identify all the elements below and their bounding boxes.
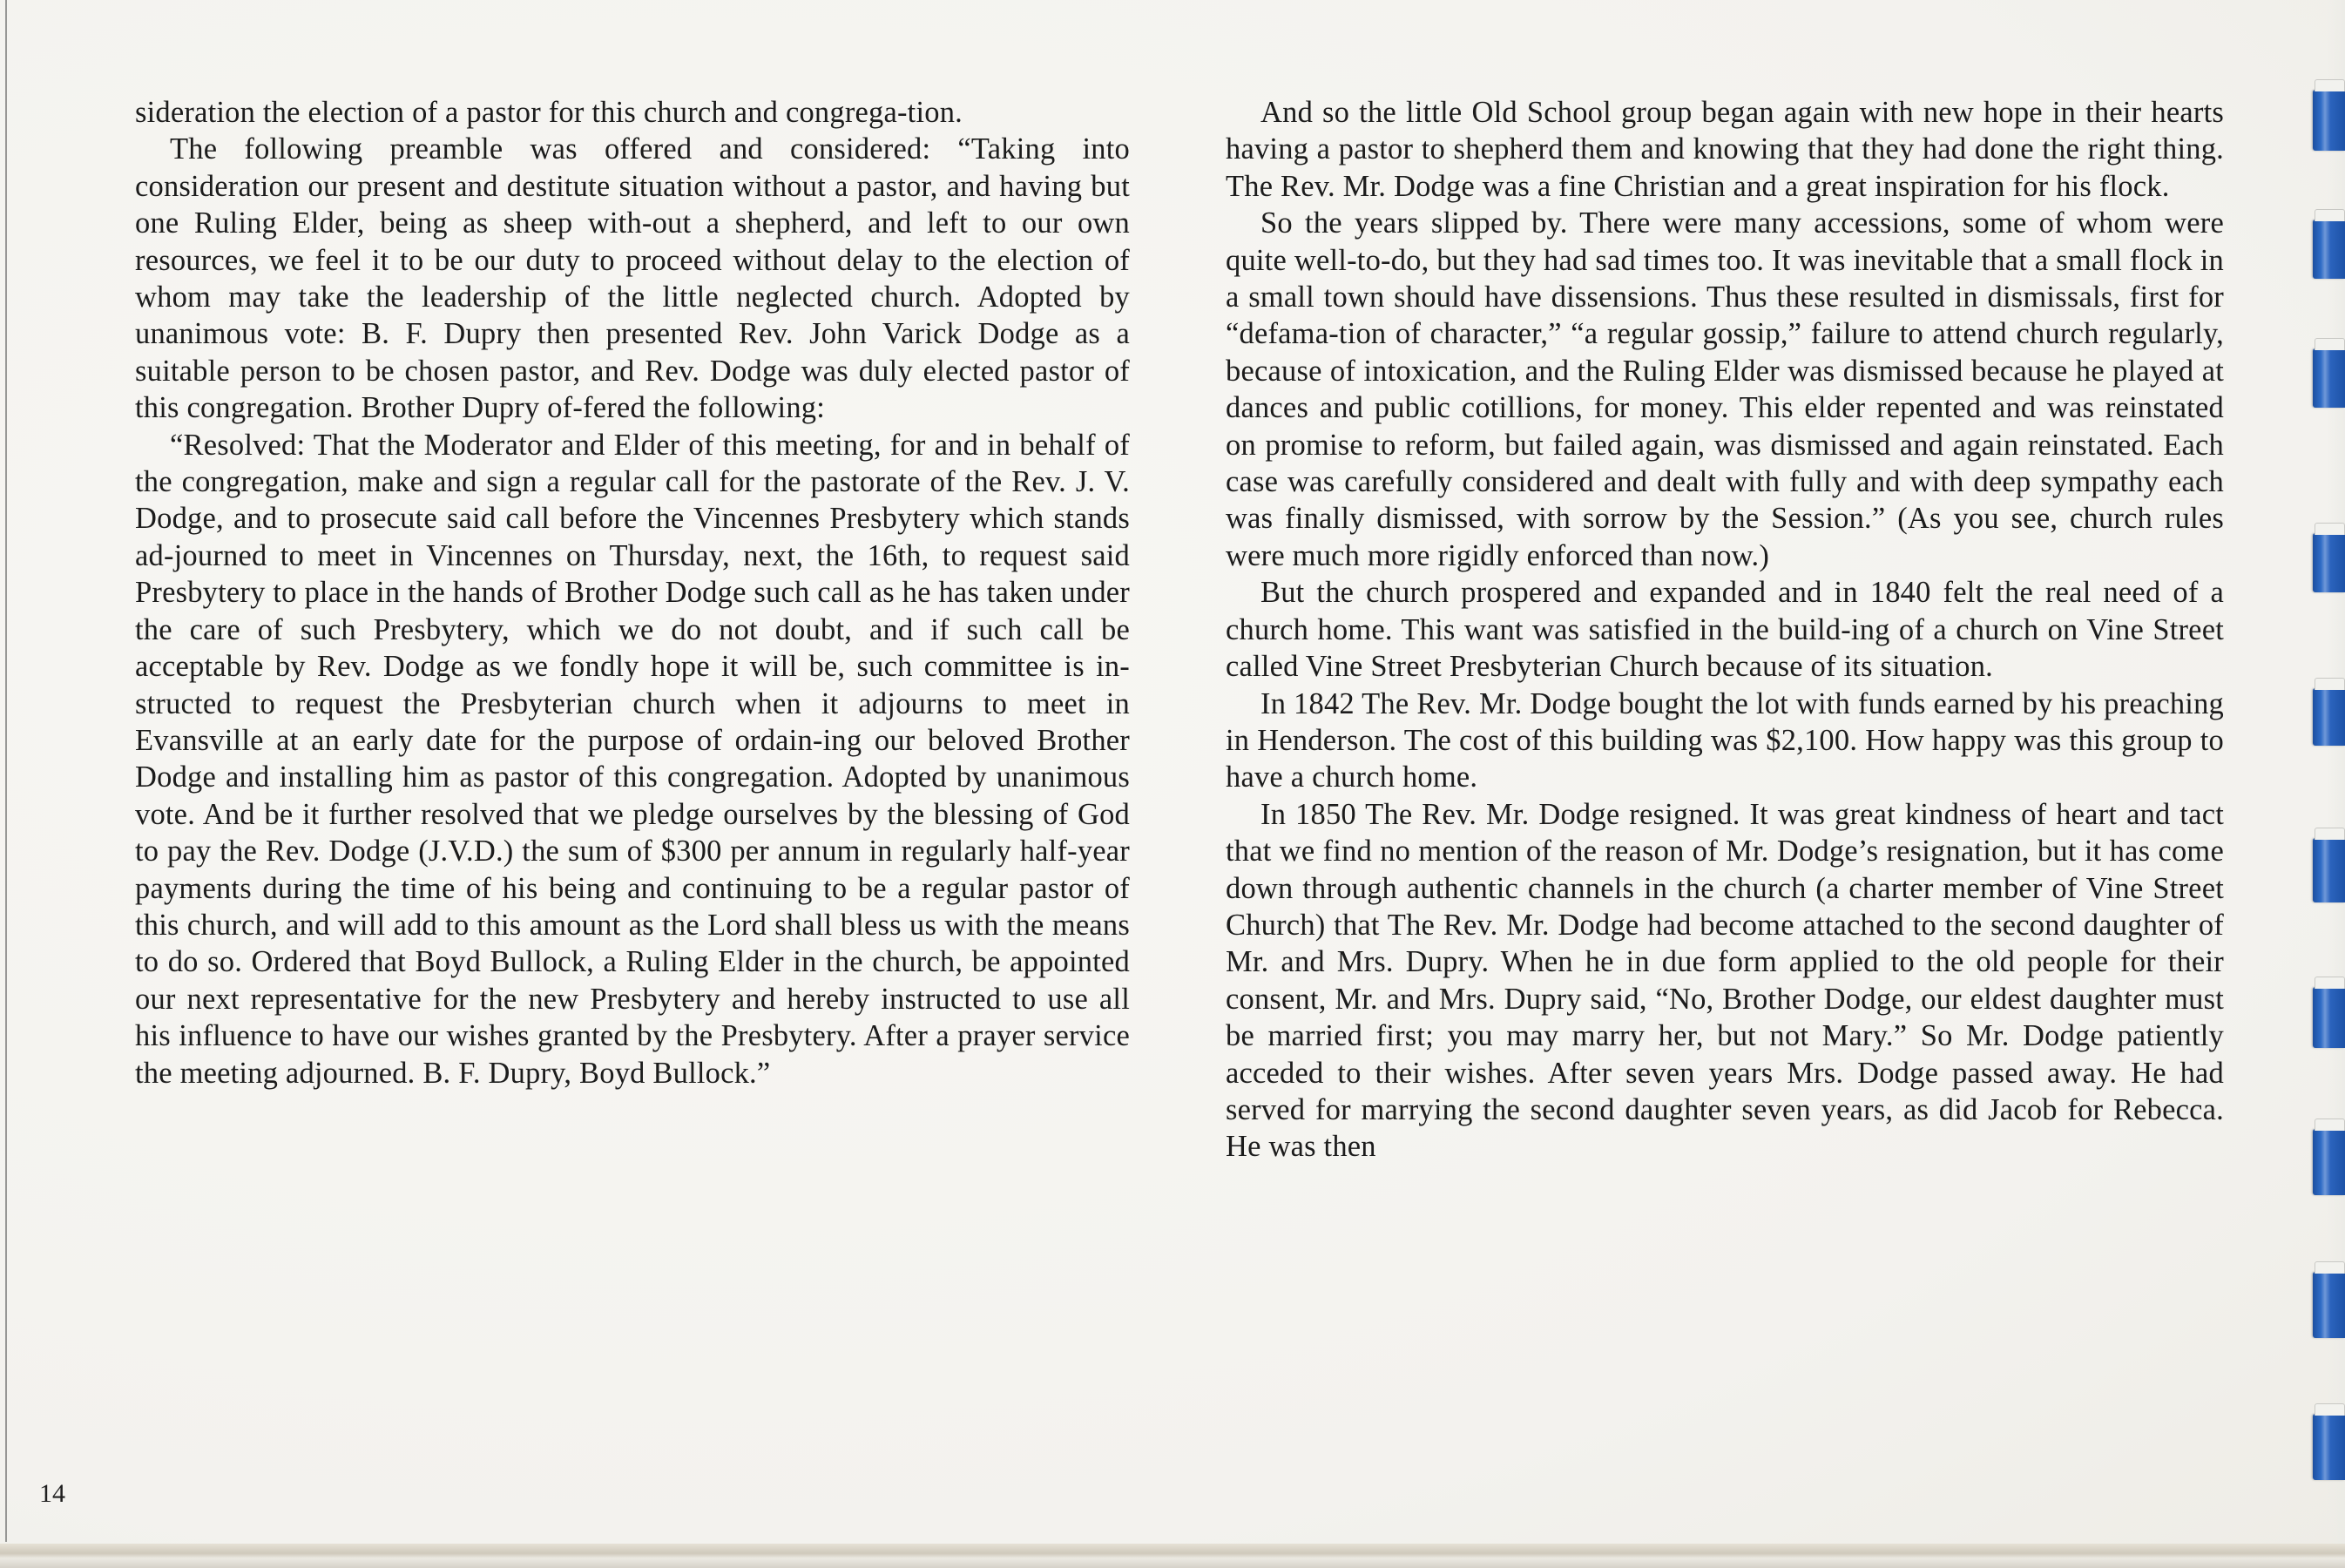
spiral-binding-tab-icon: [2313, 348, 2345, 408]
book-page-spread: sideration the election of a pastor for …: [0, 0, 2345, 1568]
paragraph: In 1850 The Rev. Mr. Dodge resigned. It …: [1226, 796, 2224, 1166]
spiral-binding-tab-icon: [2313, 688, 2345, 746]
right-text-column: And so the little Old School group began…: [1226, 94, 2224, 1166]
spiral-binding-tab-icon: [2313, 90, 2345, 151]
paragraph: The following preamble was offered and c…: [135, 131, 1130, 426]
spiral-binding-tab-icon: [2313, 838, 2345, 902]
page-bottom-edge: [0, 1544, 2345, 1568]
paragraph: “Resolved: That the Moderator and Elder …: [135, 427, 1130, 1092]
paragraph: And so the little Old School group began…: [1226, 94, 2224, 205]
paragraph: In 1842 The Rev. Mr. Dodge bought the lo…: [1226, 686, 2224, 796]
paragraph: But the church prospered and expanded an…: [1226, 574, 2224, 685]
spiral-binding-tab-icon: [2313, 220, 2345, 279]
spiral-binding-tab-icon: [2313, 533, 2345, 592]
paragraph: So the years slipped by. There were many…: [1226, 205, 2224, 574]
paragraph: sideration the election of a pastor for …: [135, 94, 1130, 131]
page-left-edge: [5, 0, 7, 1542]
spiral-binding-tab-icon: [2313, 1129, 2345, 1195]
spiral-binding-tab-icon: [2313, 1272, 2345, 1338]
spiral-binding-tab-icon: [2313, 987, 2345, 1048]
page-number: 14: [39, 1479, 65, 1509]
spiral-binding-tab-icon: [2313, 1414, 2345, 1480]
left-text-column: sideration the election of a pastor for …: [135, 94, 1130, 1092]
